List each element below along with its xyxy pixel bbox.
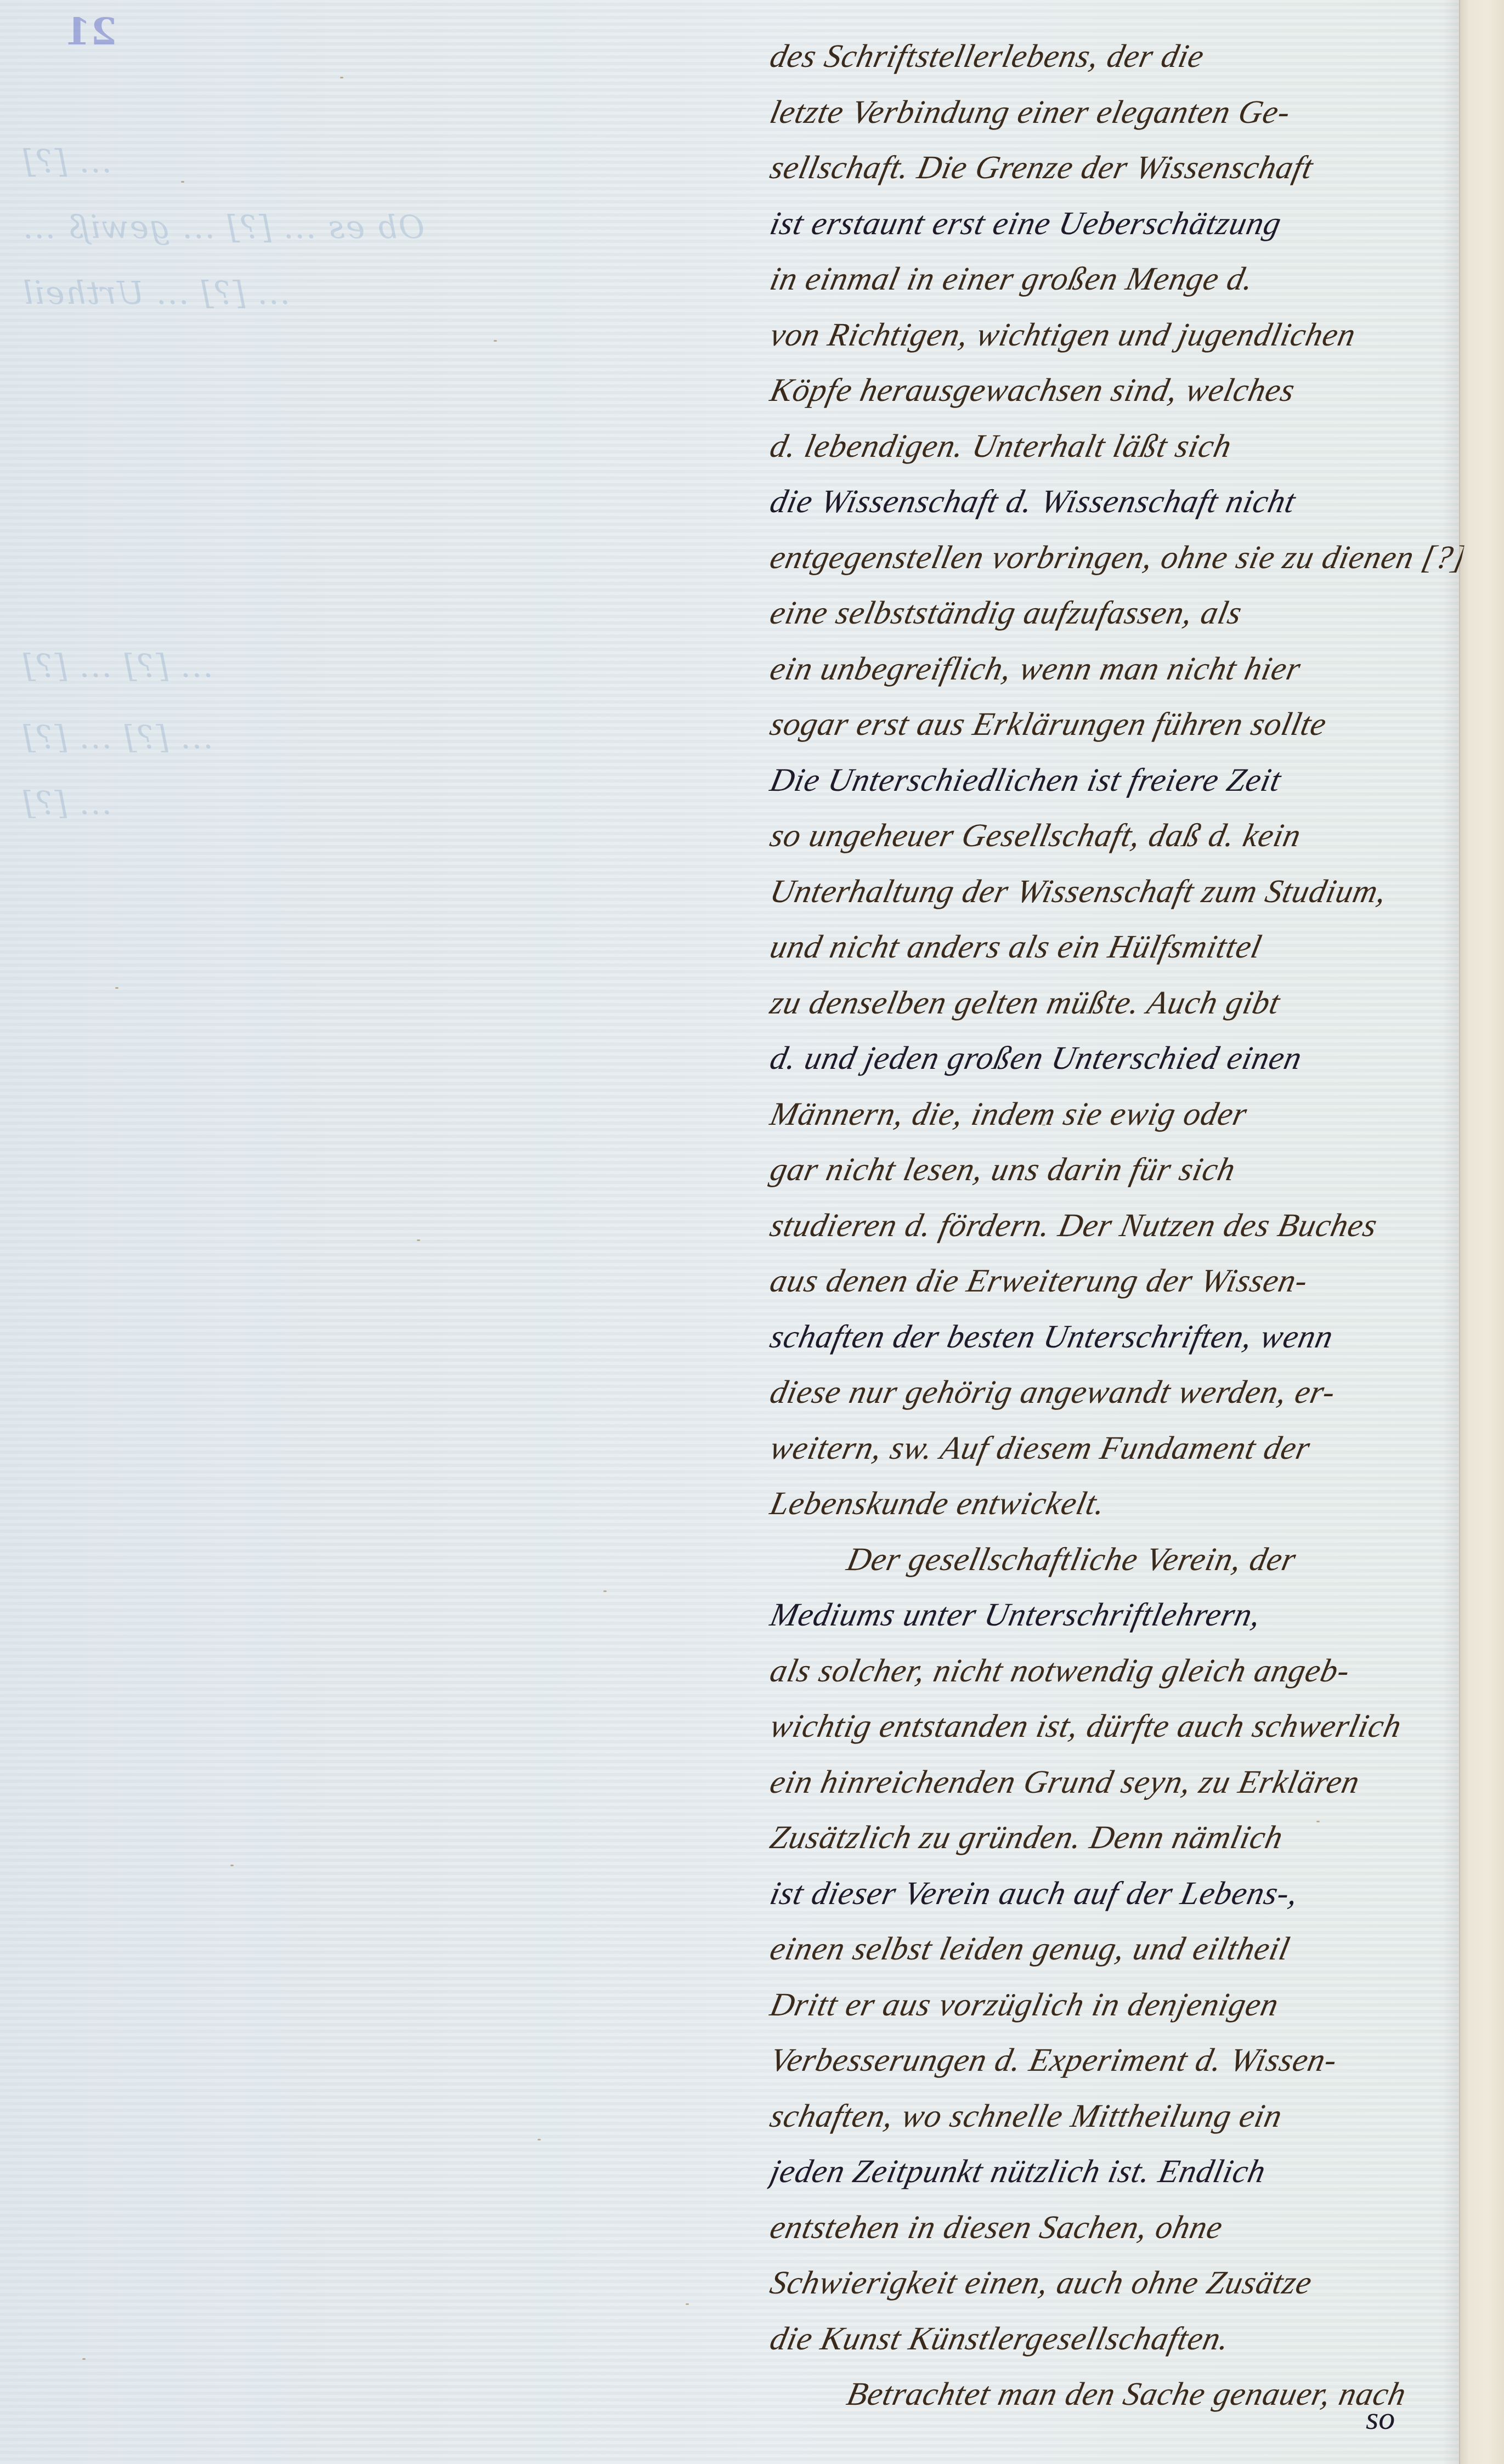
manuscript-line: einen selbst leiden genug, und eiltheil	[765, 1923, 1467, 1975]
manuscript-line: von Richtigen, wichtigen und jugendliche…	[765, 309, 1467, 361]
paper-speck	[340, 77, 343, 78]
paper-speck	[82, 2358, 86, 2360]
manuscript-line: diese nur gehörig angewandt werden, er-	[765, 1366, 1467, 1418]
manuscript-line: entstehen in diesen Sachen, ohne	[765, 2201, 1467, 2253]
manuscript-line: in einmal in einer großen Menge d.	[765, 253, 1467, 305]
paper-speck	[417, 1239, 420, 1241]
manuscript-line: und nicht anders als ein Hülfsmittel	[765, 921, 1467, 973]
manuscript-line: jeden Zeitpunkt nützlich ist. Endlich	[765, 2145, 1467, 2197]
paper-speck	[494, 340, 497, 342]
manuscript-line: Betrachtet man den Sache genauer, nach	[765, 2368, 1467, 2420]
manuscript-line: die Wissenschaft d. Wissenschaft nicht	[765, 475, 1467, 528]
manuscript-line: schaften, wo schnelle Mittheilung ein	[765, 2090, 1467, 2142]
manuscript-line: Zusätzlich zu gründen. Denn nämlich	[765, 1811, 1467, 1863]
manuscript-line: ist erstaunt erst eine Ueberschätzung	[765, 197, 1467, 250]
bleedthrough-line: ... [?]	[22, 143, 708, 175]
manuscript-line: Lebenskunde entwickelt.	[765, 1477, 1467, 1530]
manuscript-line: ein unbegreiflich, wenn man nicht hier	[765, 643, 1467, 695]
manuscript-line: als solcher, nicht notwendig gleich ange…	[765, 1645, 1467, 1697]
paper-speck	[603, 1590, 607, 1592]
manuscript-line: eine selbstständig aufzufassen, als	[765, 587, 1467, 639]
paper-speck	[1042, 1124, 1045, 1126]
manuscript-line: Unterhaltung der Wissenschaft zum Studiu…	[765, 865, 1467, 917]
catchword: so	[1366, 2399, 1395, 2437]
bleedthrough-line: ... [?] ... Urtheil	[22, 274, 708, 307]
manuscript-line: Verbesserungen d. Experiment d. Wissen-	[765, 2034, 1467, 2086]
manuscript-line: Männern, die, indem sie ewig oder	[765, 1088, 1467, 1140]
manuscript-line: Schwierigkeit einen, auch ohne Zusätze	[765, 2257, 1467, 2309]
manuscript-line: Köpfe herausgewachsen sind, welches	[765, 364, 1467, 416]
manuscript-line: ist dieser Verein auch auf der Lebens-,	[765, 1867, 1467, 1919]
bleedthrough-line: ... [?] ... [?]	[22, 647, 708, 680]
manuscript-line: sogar erst aus Erklärungen führen sollte	[765, 698, 1467, 750]
manuscript-line: zu denselben gelten müßte. Auch gibt	[765, 977, 1467, 1029]
manuscript-line: so ungeheuer Gesellschaft, daß d. kein	[765, 809, 1467, 862]
paper-speck	[538, 2139, 541, 2140]
manuscript-line: sellschaft. Die Grenze der Wissenschaft	[765, 141, 1467, 194]
paper-speck	[181, 181, 184, 183]
paper-speck	[686, 2303, 689, 2305]
manuscript-line: weitern, sw. Auf diesem Fundament der	[765, 1422, 1467, 1474]
manuscript-line: ein hinreichenden Grund seyn, zu Erkläre…	[765, 1756, 1467, 1808]
bleedthrough-line: Ob es ... [?] ... gewiß ...	[22, 208, 708, 241]
manuscript-line: die Kunst Künstlergesellschaften.	[765, 2313, 1467, 2365]
manuscript-line: wichtig entstanden ist, dürfte auch schw…	[765, 1700, 1467, 1752]
manuscript-line: schaften der besten Unterschriften, wenn	[765, 1311, 1467, 1363]
paper-speck	[230, 1865, 234, 1866]
manuscript-line: Die Unterschiedlichen ist freiere Zeit	[765, 754, 1467, 806]
manuscript-line: gar nicht lesen, uns darin für sich	[765, 1143, 1467, 1196]
paper-speck	[1316, 1821, 1320, 1822]
manuscript-line: letzte Verbindung einer eleganten Ge-	[765, 86, 1467, 138]
manuscript-line: des Schriftstellerlebens, der die	[765, 30, 1467, 82]
manuscript-line: aus denen die Erweiterung der Wissen-	[765, 1255, 1467, 1307]
manuscript-line: d. und jeden großen Unterschied einen	[765, 1032, 1467, 1084]
paper-speck	[115, 987, 118, 989]
manuscript-line: studieren d. fördern. Der Nutzen des Buc…	[765, 1199, 1467, 1251]
manuscript-line: entgegenstellen vorbringen, ohne sie zu …	[765, 531, 1467, 584]
bleedthrough-line: ... [?] ... [?]	[22, 718, 708, 751]
manuscript-line: Der gesellschaftliche Verein, der	[765, 1533, 1467, 1585]
bleedthrough-line: ... [?]	[22, 784, 708, 817]
manuscript-line: Dritt er aus vorzüglich in denjenigen	[765, 1979, 1467, 2031]
manuscript-line: d. lebendigen. Unterhalt läßt sich	[765, 420, 1467, 472]
manuscript-line: Mediums unter Unterschriftlehrern,	[765, 1589, 1467, 1641]
bleedthrough-area: ... [?]Ob es ... [?] ... gewiß ...... [?…	[11, 0, 724, 2464]
